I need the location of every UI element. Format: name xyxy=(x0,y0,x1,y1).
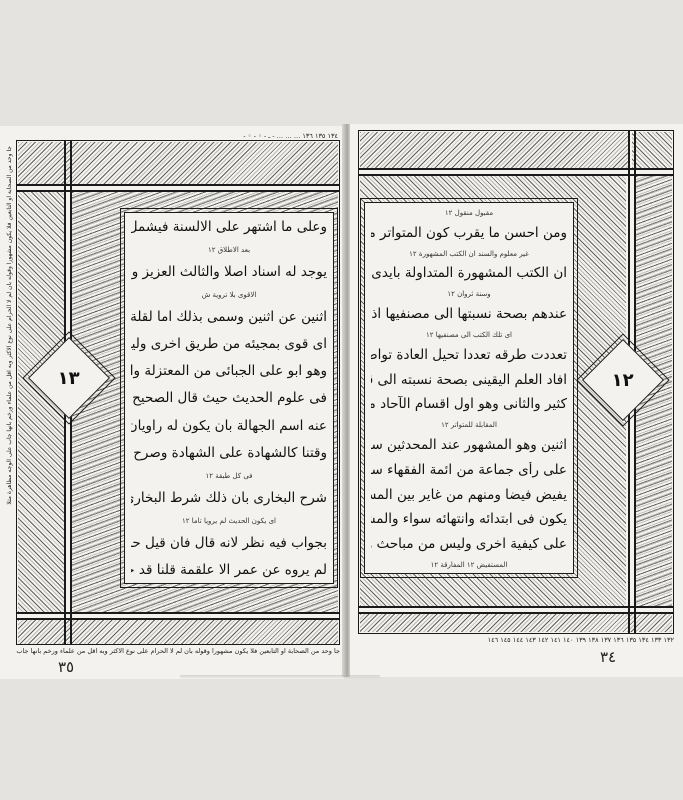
divider xyxy=(16,612,340,614)
right-main-text-block: مقبول منقول ١٢ ومن احسن ما يقرب كون المت… xyxy=(364,202,574,574)
text-line: بجواب فيه نظر لانه قال فان قيل حديث الاع… xyxy=(131,535,327,552)
left-bottom-commentary xyxy=(18,620,338,644)
left-page: جا وحد من الصحابة او التابعين فلا يكون م… xyxy=(0,126,344,679)
interlinear-gloss: غير معلوم والسند ان الكتب المشهورة ١٢ xyxy=(371,250,567,258)
text-line: وعلى ما اشتهر على الالسنة فيشمل ماله اسن… xyxy=(131,219,327,236)
left-outer-margin-text: جا وحد من الصحابة او التابعين فلا يكون م… xyxy=(6,146,13,666)
right-corner-commentary xyxy=(632,132,672,168)
right-bottom-commentary xyxy=(360,614,672,632)
interlinear-gloss: اى تلك الكتب الى مصنفيها ١٢ xyxy=(371,331,567,339)
text-line: كثير والثانى وهو اول اقسام الآحاد ما له … xyxy=(371,396,567,413)
interlinear-gloss: مقبول منقول ١٢ xyxy=(371,209,567,217)
right-footer-line: ١٣٢ ١٣٣ ١٣٤ ١٣٥ ١٣٦ ١٣٧ ١٣٨ ١٣٩ ١٤٠ ١٤١ … xyxy=(358,636,674,644)
text-line: ان الكتب المشهورة المتداولة بايدى اهل ال… xyxy=(371,265,567,282)
text-line: يكون فى ابتدائه وانتهائه سواء والمشهور ا… xyxy=(371,511,567,528)
text-line: تعددت طرقه تعددا تحيل العادة تواطؤهم على… xyxy=(371,347,567,364)
text-line: شرح البخارى بان ذلك شرط البخارى واجاب عم… xyxy=(131,490,327,507)
right-page-number: ٣٤ xyxy=(600,648,616,666)
right-page: ١٢ مقبول منقول ١٢ ومن احسن ما يقرب كون ا… xyxy=(350,124,683,677)
divider xyxy=(358,168,674,170)
text-line: على رأى جماعة من ائمة الفقهاء سمى بذلك ل… xyxy=(371,462,567,479)
interlinear-gloss: بعد الاطلاق ١٢ xyxy=(131,246,327,254)
scanned-book-spread: جا وحد من الصحابة او التابعين فلا يكون م… xyxy=(0,0,683,800)
text-line: عنه اسم الجهالة بان يكون له راويان ثم يت… xyxy=(131,418,327,435)
divider xyxy=(358,606,674,608)
text-line: ومن احسن ما يقرب كون المتواتر موجودا وجو… xyxy=(371,225,567,242)
text-line: افاد العلم اليقينى بصحة نسبته الى قائله … xyxy=(371,372,567,389)
text-line: اثنين وهو المشهور عند المحدثين سمى بذلك … xyxy=(371,437,567,454)
page-edge-shadow xyxy=(180,675,380,679)
left-footer-line: جا وحد من الصحابة او التابعين فلا يكون م… xyxy=(16,647,340,655)
open-book: جا وحد من الصحابة او التابعين فلا يكون م… xyxy=(0,124,683,677)
text-line: عندهم بصحة نسبتها الى مصنفيها اذا اجتمعت… xyxy=(371,306,567,323)
text-line: فى علوم الحديث حيث قال الصحيح هو الذى ير… xyxy=(131,390,327,407)
left-main-text-block: وعلى ما اشتهر على الالسنة فيشمل ماله اسن… xyxy=(124,212,334,584)
left-page-number: ٣٥ xyxy=(58,658,74,676)
text-line: وقتنا كالشهادة على الشهادة وصرح القاضى ا… xyxy=(131,445,327,462)
left-top-commentary xyxy=(18,142,338,184)
text-line: اى قوى بمجيئه من طريق اخرى وليس شرطا للص… xyxy=(131,336,327,353)
medallion-number: ١٣ xyxy=(58,367,80,388)
text-line: يفيض فيضا ومنهم من غاير بين المستفيض وال… xyxy=(371,487,567,504)
interlinear-gloss: المقابلة للمتواتر ١٢ xyxy=(371,421,567,429)
text-line: لم يروه عن عمر الا علقمة قلنا قد خطب به … xyxy=(131,562,327,579)
interlinear-gloss: المستفيض ١٢ المفارقة ١٢ xyxy=(371,561,567,569)
text-line: يوجد له اسناد اصلا والثالث العزيز وهو ان… xyxy=(131,264,327,281)
text-line: اثنين عن اثنين وسمى بذلك اما لقلة وجوده … xyxy=(131,309,327,326)
text-line: وهو ابو على الجبائى من المعتزلة واليه يو… xyxy=(131,363,327,380)
medallion-number: ١٢ xyxy=(612,369,634,390)
interlinear-gloss: وسنة ثروان ١٢ xyxy=(371,290,567,298)
interlinear-gloss: فى كل طبقة ١٢ xyxy=(131,472,327,480)
interlinear-gloss: الاقوى بلا تروية ش xyxy=(131,291,327,299)
right-top-commentary xyxy=(360,132,628,168)
interlinear-gloss: اى يكون الحديث لم يرويا تاما ١٢ xyxy=(131,517,327,525)
text-line: على كيفية اخرى وليس من مباحث هذا الفن ثم… xyxy=(371,536,567,553)
left-header-line: ١٣٤ ١٣٥ ١٣٦ … … … - ـ - ◦ - ◦ - xyxy=(20,132,338,140)
